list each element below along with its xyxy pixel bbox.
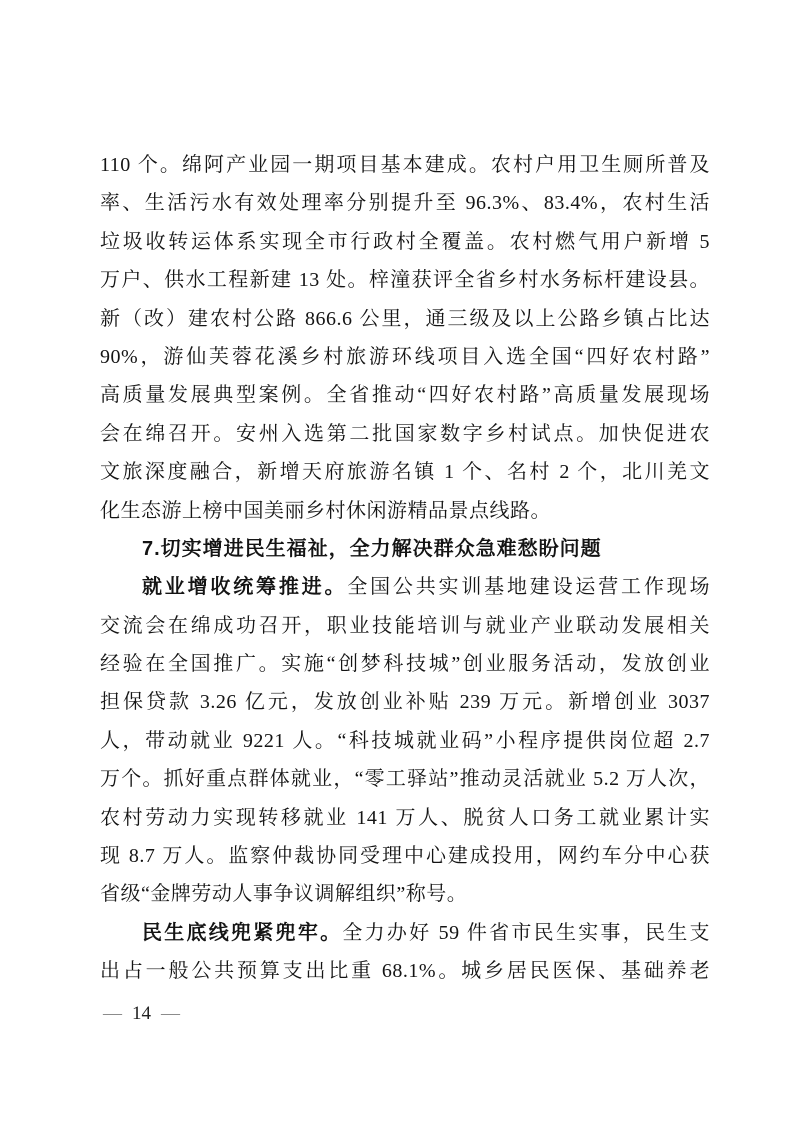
bold-lead-text: 就业增收统筹推进。 [142, 576, 347, 598]
line-text: 会在绵召开。安州入选第二批国家数字乡村试点。加快促进农 [100, 423, 710, 445]
document-page: 110 个。绵阿产业园一期项目基本建成。农村户用卫生厕所普及率、生活污水有效处理… [0, 0, 793, 1122]
line-text: 现 8.7 万人。监察仲裁协同受理中心建成投用，网约车分中心获 [100, 845, 710, 867]
text-line: 会在绵召开。安州入选第二批国家数字乡村试点。加快促进农 [100, 415, 710, 453]
line-text: 全力办好 59 件省市民生实事，民生支 [342, 922, 710, 944]
line-text: 110 个。绵阿产业园一期项目基本建成。农村户用卫生厕所普及 [100, 154, 710, 176]
line-text: 万个。抓好重点群体就业，“零工驿站”推动灵活就业 5.2 万人次， [100, 768, 710, 790]
line-text: 担保贷款 3.26 亿元，发放创业补贴 239 万元。新增创业 3037 [100, 691, 710, 713]
document-content: 110 个。绵阿产业园一期项目基本建成。农村户用卫生厕所普及率、生活污水有效处理… [100, 146, 710, 991]
text-line: 现 8.7 万人。监察仲裁协同受理中心建成投用，网约车分中心获 [100, 837, 710, 875]
line-text: 交流会在绵成功召开，职业技能培训与就业产业联动发展相关 [100, 615, 710, 637]
footer-dash-right: — [161, 1003, 180, 1024]
line-text: 化生态游上榜中国美丽乡村休闲游精品景点线路。 [100, 500, 551, 522]
text-line: 出占一般公共预算支出比重 68.1%。城乡居民医保、基础养老 [100, 952, 710, 990]
line-text: 省级“金牌劳动人事争议调解组织”称号。 [100, 883, 467, 905]
line-text: 文旅深度融合，新增天府旅游名镇 1 个、名村 2 个，北川羌文 [100, 461, 710, 483]
line-text: 全国公共实训基地建设运营工作现场 [347, 576, 710, 598]
text-line: 担保贷款 3.26 亿元，发放创业补贴 239 万元。新增创业 3037 [100, 683, 710, 721]
line-text: 经验在全国推广。实施“创梦科技城”创业服务活动，发放创业 [100, 653, 710, 675]
text-line: 率、生活污水有效处理率分别提升至 96.3%、83.4%，农村生活 [100, 184, 710, 222]
text-line: 农村劳动力实现转移就业 141 万人、脱贫人口务工就业累计实 [100, 799, 710, 837]
section-heading-7: 7.切实增进民生福祉，全力解决群众急难愁盼问题 [100, 530, 710, 568]
text-line: 就业增收统筹推进。全国公共实训基地建设运营工作现场 [100, 568, 710, 606]
text-line: 民生底线兜紧兜牢。全力办好 59 件省市民生实事，民生支 [100, 914, 710, 952]
line-text: 90%，游仙芙蓉花溪乡村旅游环线项目入选全国“四好农村路” [100, 346, 710, 368]
line-text: 新（改）建农村公路 866.6 公里，通三级及以上公路乡镇占比达 [100, 308, 710, 330]
paragraph-livelihood: 民生底线兜紧兜牢。全力办好 59 件省市民生实事，民生支出占一般公共预算支出比重… [100, 914, 710, 991]
paragraph-employment: 就业增收统筹推进。全国公共实训基地建设运营工作现场交流会在绵成功召开，职业技能培… [100, 568, 710, 914]
line-text: 7.切实增进民生福祉，全力解决群众急难愁盼问题 [142, 538, 602, 560]
bold-lead-text: 民生底线兜紧兜牢。 [142, 922, 342, 944]
paragraph-rural-development: 110 个。绵阿产业园一期项目基本建成。农村户用卫生厕所普及率、生活污水有效处理… [100, 146, 710, 530]
page-footer: —14— [103, 1000, 180, 1028]
line-text: 高质量发展典型案例。全省推动“四好农村路”高质量发展现场 [100, 384, 710, 406]
text-line: 万户、供水工程新建 13 处。梓潼获评全省乡村水务标杆建设县。 [100, 261, 710, 299]
line-text: 率、生活污水有效处理率分别提升至 96.3%、83.4%，农村生活 [100, 192, 710, 214]
line-text: 垃圾收转运体系实现全市行政村全覆盖。农村燃气用户新增 5 [100, 231, 710, 253]
line-text: 农村劳动力实现转移就业 141 万人、脱贫人口务工就业累计实 [100, 807, 710, 829]
text-line: 文旅深度融合，新增天府旅游名镇 1 个、名村 2 个，北川羌文 [100, 453, 710, 491]
text-line: 垃圾收转运体系实现全市行政村全覆盖。农村燃气用户新增 5 [100, 223, 710, 261]
text-line: 7.切实增进民生福祉，全力解决群众急难愁盼问题 [100, 530, 710, 568]
line-text: 人，带动就业 9221 人。“科技城就业码”小程序提供岗位超 2.7 [100, 730, 710, 752]
text-line: 110 个。绵阿产业园一期项目基本建成。农村户用卫生厕所普及 [100, 146, 710, 184]
text-line: 高质量发展典型案例。全省推动“四好农村路”高质量发展现场 [100, 376, 710, 414]
page-number: 14 [132, 1003, 151, 1024]
line-text: 万户、供水工程新建 13 处。梓潼获评全省乡村水务标杆建设县。 [100, 269, 710, 291]
text-line: 90%，游仙芙蓉花溪乡村旅游环线项目入选全国“四好农村路” [100, 338, 710, 376]
text-line: 交流会在绵成功召开，职业技能培训与就业产业联动发展相关 [100, 607, 710, 645]
footer-dash-left: — [103, 1003, 122, 1024]
line-text: 出占一般公共预算支出比重 68.1%。城乡居民医保、基础养老 [100, 960, 710, 982]
text-line: 新（改）建农村公路 866.6 公里，通三级及以上公路乡镇占比达 [100, 300, 710, 338]
text-line: 万个。抓好重点群体就业，“零工驿站”推动灵活就业 5.2 万人次， [100, 760, 710, 798]
text-line: 化生态游上榜中国美丽乡村休闲游精品景点线路。 [100, 492, 710, 530]
text-line: 省级“金牌劳动人事争议调解组织”称号。 [100, 875, 710, 913]
text-line: 经验在全国推广。实施“创梦科技城”创业服务活动，发放创业 [100, 645, 710, 683]
text-line: 人，带动就业 9221 人。“科技城就业码”小程序提供岗位超 2.7 [100, 722, 710, 760]
